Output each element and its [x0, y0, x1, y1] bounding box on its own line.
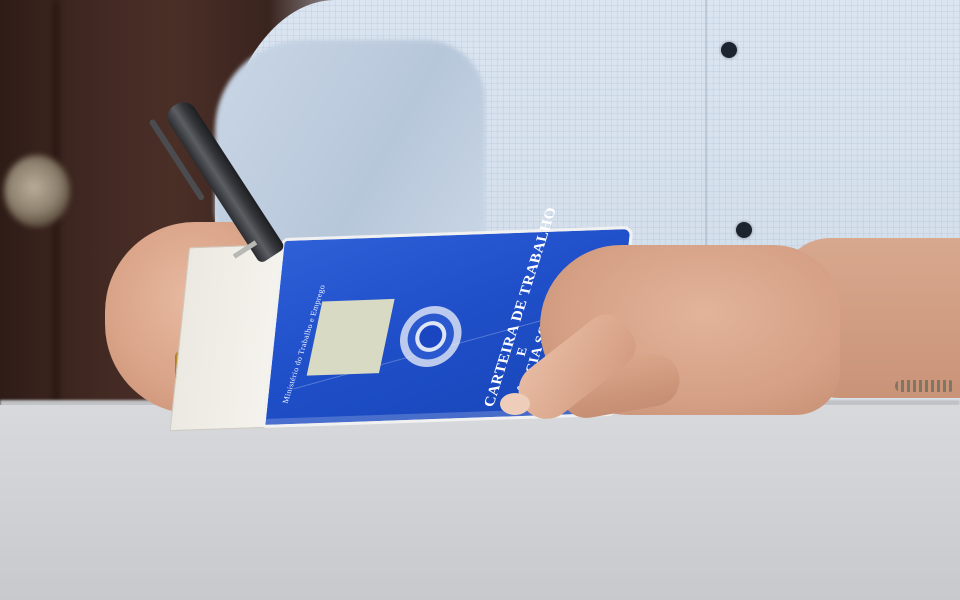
- photo-scene: Ministério do Trabalho e Emprego CARTEIR…: [0, 0, 960, 600]
- coat-of-arms-icon: [389, 302, 472, 371]
- shirt-button: [721, 42, 737, 58]
- table: [0, 405, 960, 600]
- tattoo: [895, 380, 955, 392]
- shirt-button: [736, 222, 752, 238]
- thumbnail: [500, 393, 530, 415]
- door-knob: [4, 155, 70, 227]
